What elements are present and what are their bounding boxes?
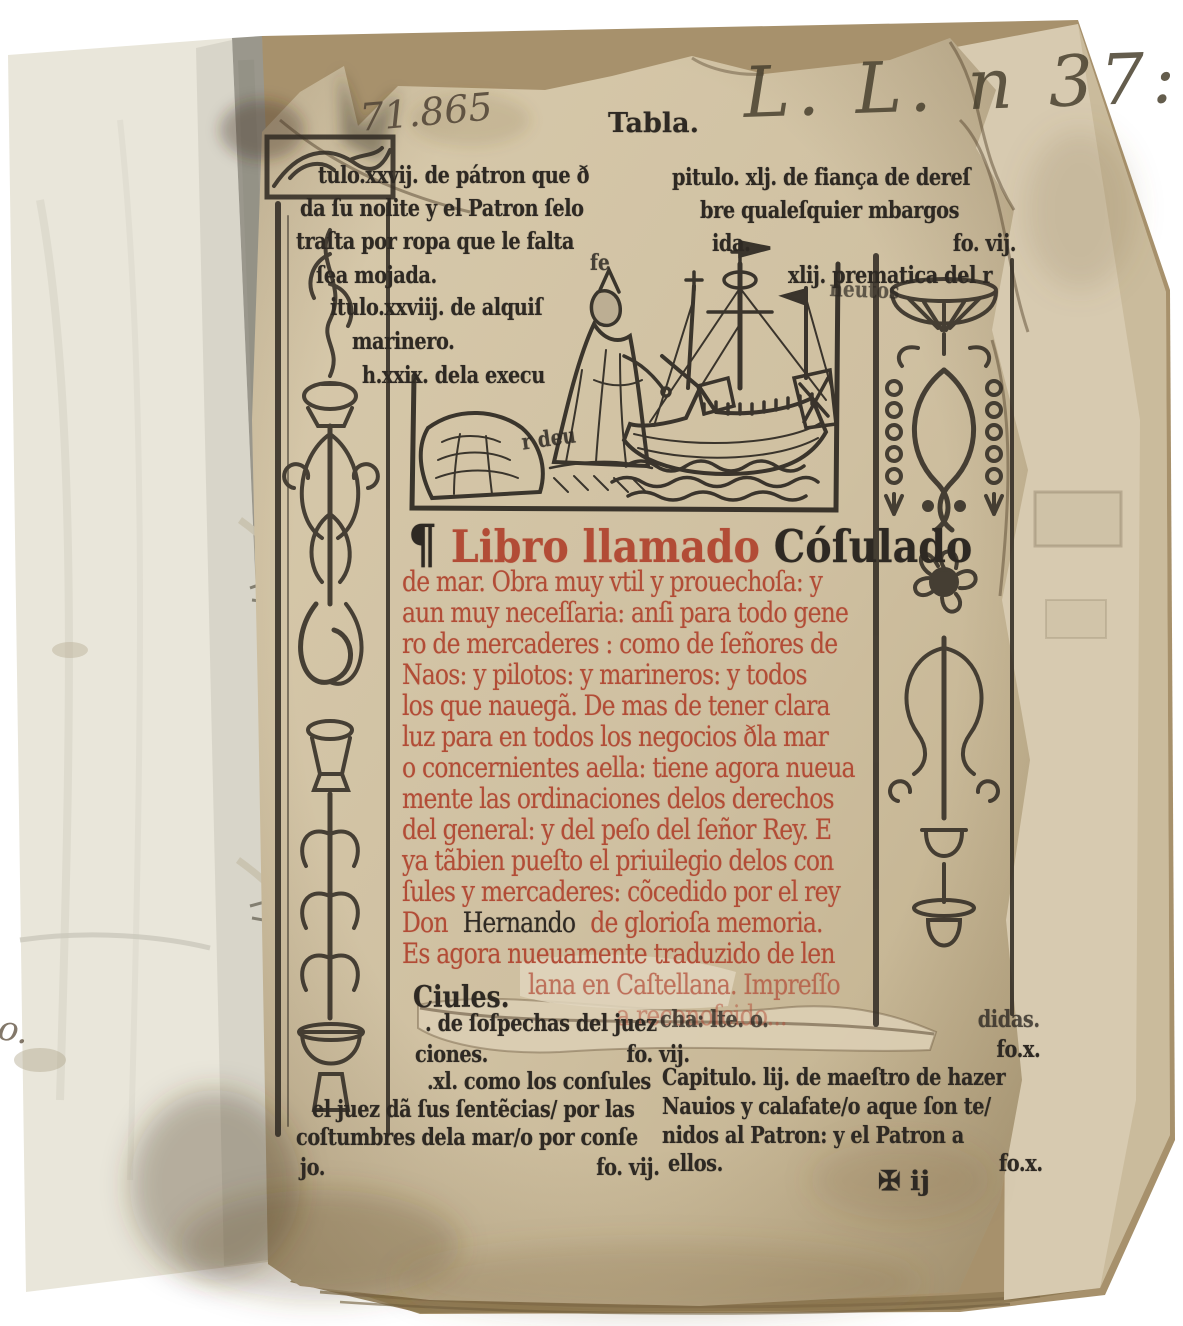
index-line: tulo.xxvij. de pátron que ð — [318, 162, 589, 189]
index-line-torn: cha: lte. o. didas. — [660, 1006, 1040, 1033]
index-line: marinero. — [352, 328, 454, 355]
paragraph-line: los que nauegã. De mas de tener clara — [402, 690, 923, 721]
index-line: traſta por ropa que le falta — [296, 228, 574, 255]
folio-number: didas. — [978, 1006, 1040, 1033]
paragraph-line: aun muy neceſſaria: anſi para todo gene — [402, 597, 923, 628]
index-line: ciones. fo. vij. — [415, 1041, 690, 1068]
index-line: da ſu nolite y el Patron ſelo — [300, 195, 584, 222]
running-head-tabla: Tabla. — [608, 108, 699, 139]
index-line: h.xxix. dela execu — [362, 362, 545, 389]
paragraph-line: Es agora nueuamente traduzido de len — [402, 938, 923, 969]
paragraph-line: de mar. Obra muy vtil y prouechoſa: y — [402, 566, 923, 597]
paragraph-line: ſules y mercaderes: cõcedido por el rey — [402, 876, 923, 907]
index-line: fo.x. — [900, 1036, 1040, 1063]
index-line: coſtumbres dela mar/o por conſe — [296, 1124, 638, 1151]
index-line: ſea mojada. — [316, 262, 437, 289]
index-line: . de ſoſpechas del juez — [425, 1010, 657, 1037]
folio-number: fo. vij. — [596, 1154, 659, 1181]
paragraph-line: mente las ordinaciones delos derechos — [402, 783, 923, 814]
paragraph-line: luz para en todos los negocios ðla mar — [402, 721, 923, 752]
index-line: nidos al Patron: y el Patron a — [662, 1122, 964, 1149]
index-line: Nauios y calafate/o aque ſon te/ — [662, 1093, 991, 1120]
title-paragraph: de mar. Obra muy vtil y prouechoſa: y au… — [402, 566, 923, 1031]
paragraph-line-torn: lana en Caſtellana. Impreſſo — [528, 969, 923, 1000]
torn-text-fragment: fe — [590, 250, 610, 276]
paragraph-line: ro de mercaderes : como de ſeñores de — [402, 628, 923, 659]
index-line: .xl. como los conſules — [427, 1068, 651, 1095]
paragraph-line: Naos: y pilotos: y marineros: y todos — [402, 659, 923, 690]
paragraph-line: del general: y del peſo del ſeñor Rey. E — [402, 814, 923, 845]
shelfmark-inscription: L. L. n 37: — [742, 37, 1183, 134]
folio-number: fo.x. — [997, 1036, 1041, 1063]
book-photo: 71.865 L. L. n 37: o. Tabla. tulo.xxvij.… — [0, 0, 1183, 1326]
gathering-signature-mark: ✠ ij — [878, 1166, 930, 1197]
index-line: jo. fo. vij. — [300, 1154, 660, 1181]
folio-number: fo.x. — [999, 1150, 1043, 1177]
index-line: itulo.xxviij. de alquiſ — [330, 294, 542, 321]
king-name-black: Hernando — [463, 906, 575, 939]
torn-text-fragment: neutos — [829, 276, 900, 304]
paragraph-line: o concernientes aella: tiene agora nueua — [402, 752, 923, 783]
paragraph-line: ya tãbien pueſto el priuilegio delos con — [402, 845, 923, 876]
index-line: ida. fo. vij. — [712, 230, 1016, 257]
index-line: ellos. fo.x. — [668, 1150, 1043, 1177]
king-name-line: Don Hernando de glorioſa memoria. — [402, 907, 923, 938]
index-line: Capitulo. lij. de maeſtro de hazer — [662, 1064, 1005, 1091]
folio-number: fo. vij. — [953, 230, 1016, 257]
index-line: el juez dã ſus ſentẽcias/ por las — [312, 1096, 634, 1123]
index-line: bre qualeſquier mbargos — [700, 197, 959, 224]
index-line: pitulo. xlj. de fiança de dereſ — [672, 164, 970, 191]
